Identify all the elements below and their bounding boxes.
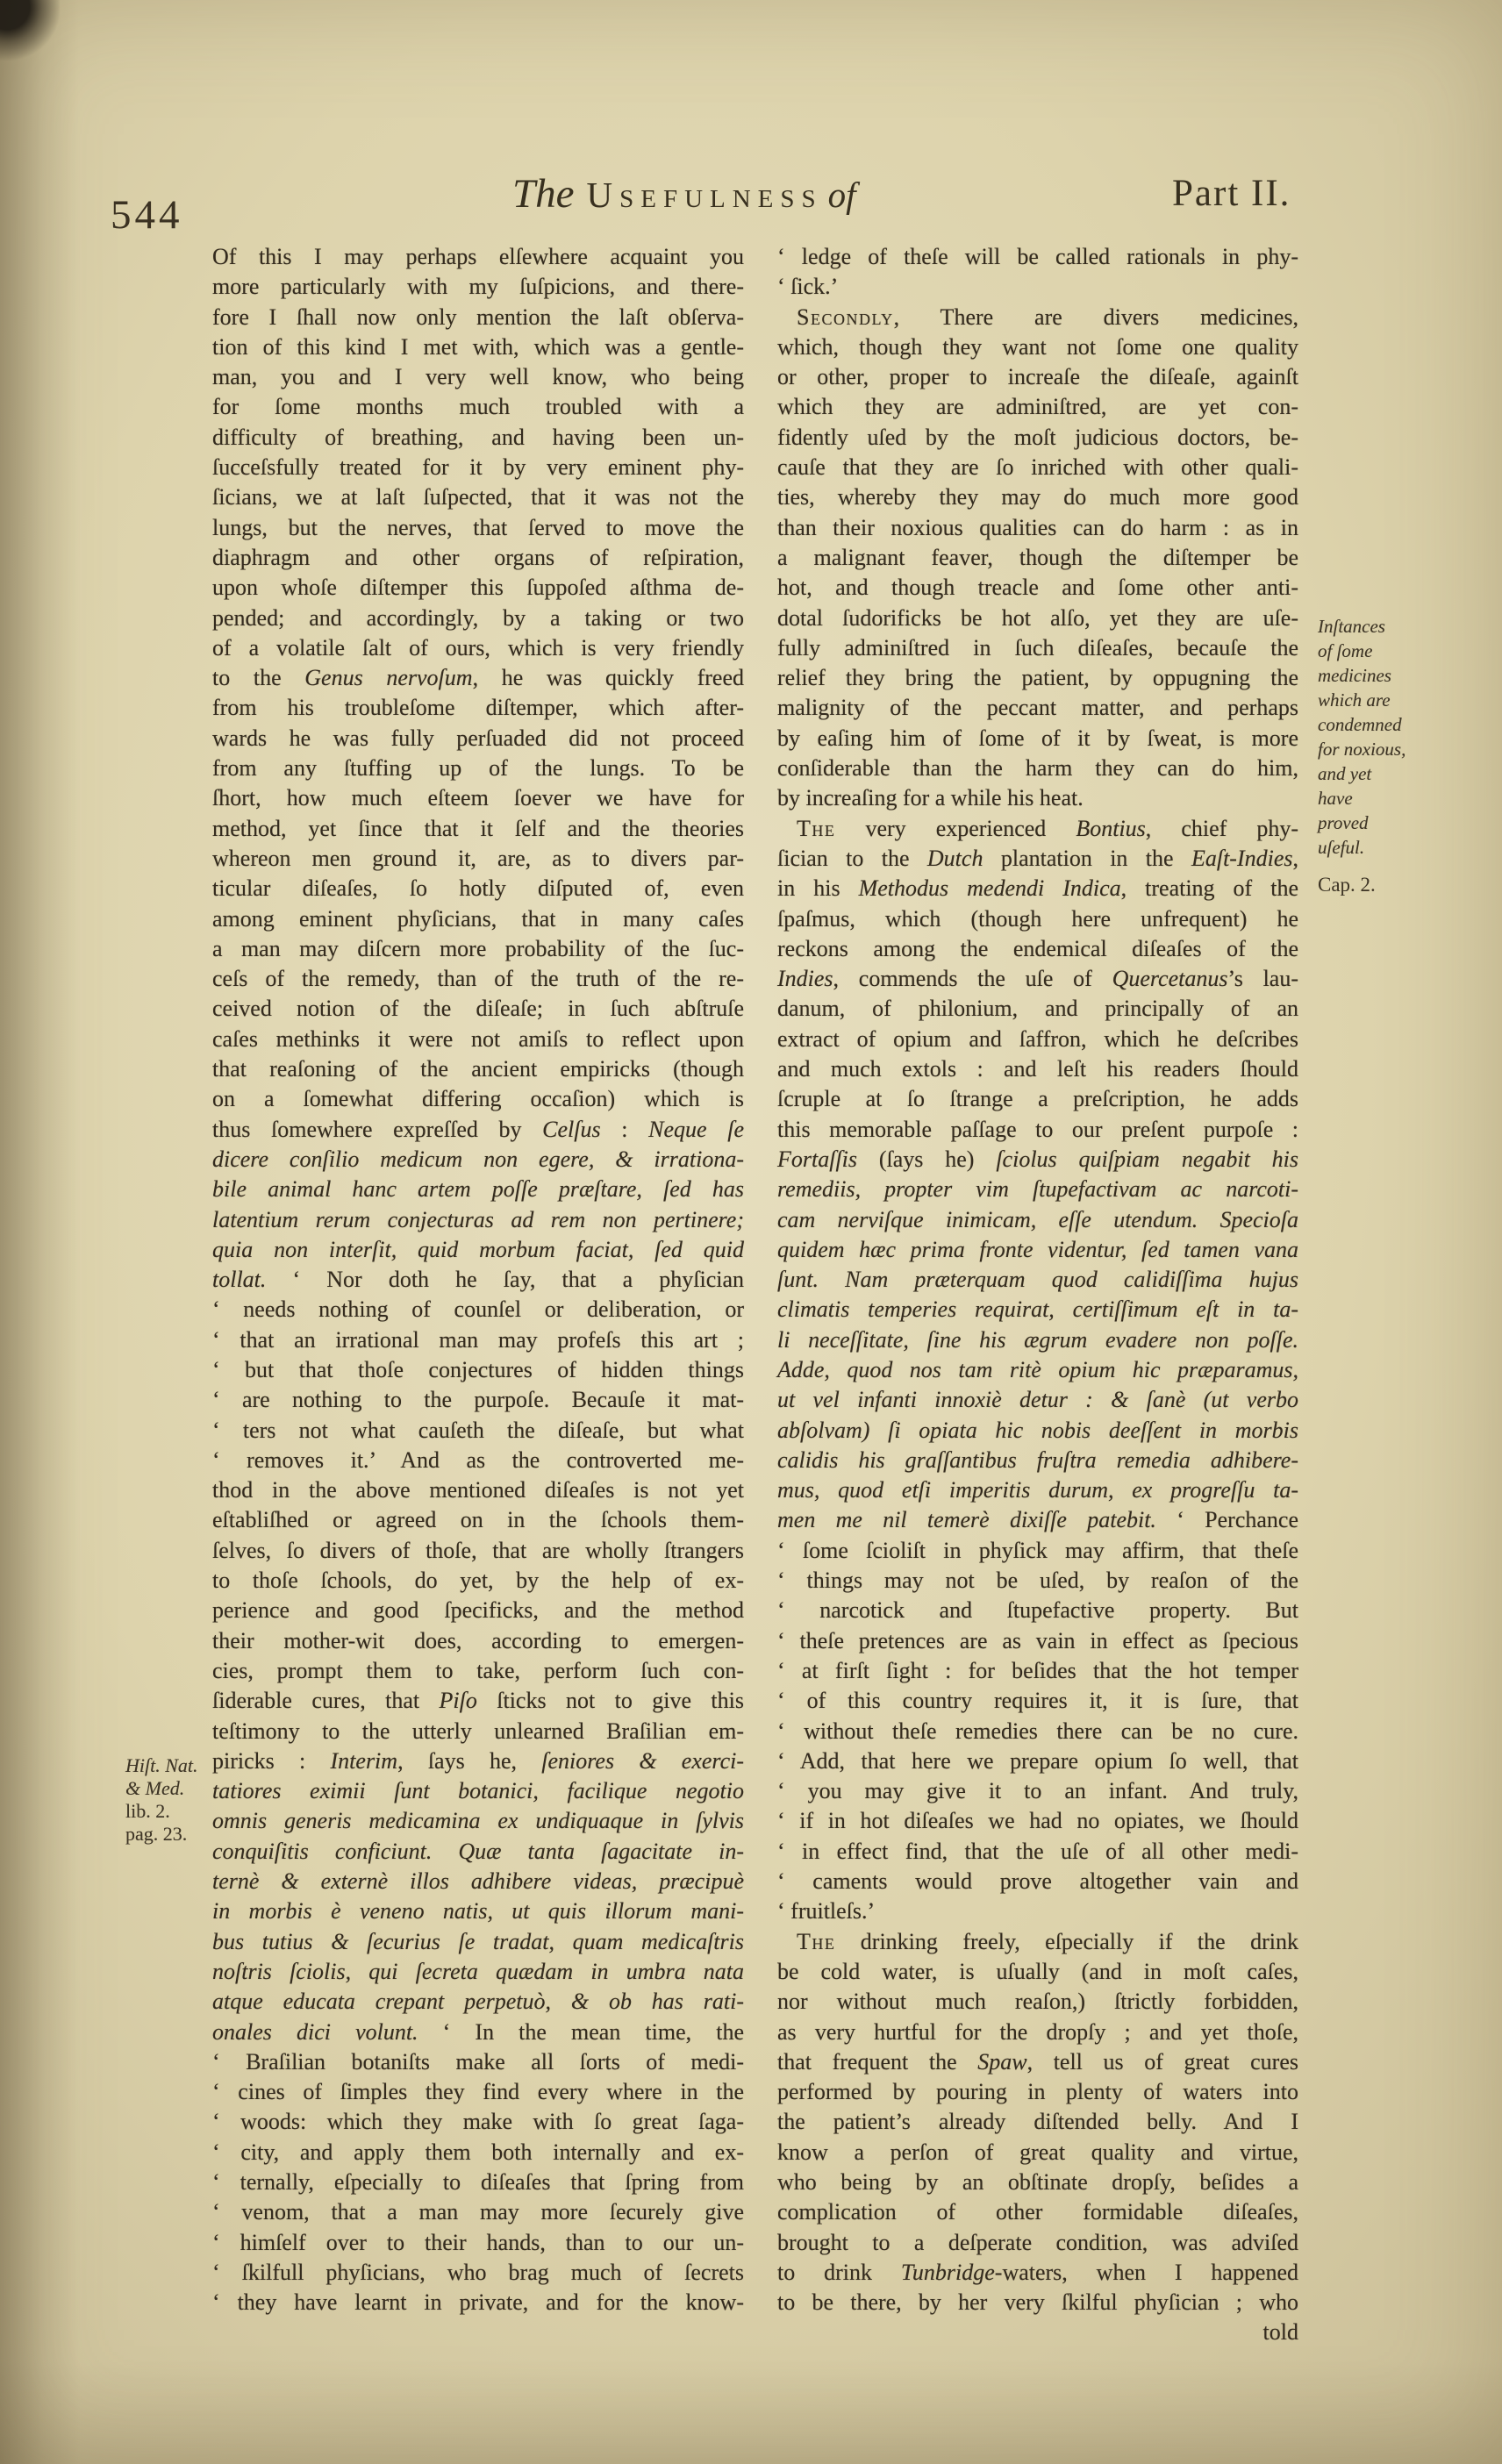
text-segment: to be there, by her very ſkilful phyſici… (777, 2289, 1298, 2315)
text-segment: ‘ ſick.’ (777, 274, 838, 299)
text-segment: of a volatile ſalt of ours, which is ver… (212, 635, 744, 661)
text-line: ‘ ſome ſcioliſt in phyſick may affirm, t… (777, 1536, 1298, 1566)
text-line: extract of opium and ſaffron, which he d… (777, 1025, 1298, 1054)
text-line: ‘ needs nothing of counſel or deliberati… (212, 1295, 744, 1325)
text-segment: ’s lau- (1227, 966, 1298, 991)
text-segment: ‘ Braſilian botaniſts make all ſorts of … (212, 2049, 744, 2075)
text-line: ‘ cines of ſimples they find every where… (212, 2077, 744, 2107)
text-segment: by eaſing him of ſome of it by ſweat, is… (777, 725, 1298, 751)
text-line: to the Genus nervoſum, he was quickly fr… (212, 663, 744, 693)
text-line: atque educata crepant perpetuò, & ob has… (212, 1987, 744, 2017)
text-line: performed by pouring in plenty of waters… (777, 2077, 1298, 2107)
margin-note-line: which are (1318, 688, 1484, 712)
text-segment: , tell us of great cures (1027, 2049, 1298, 2075)
text-line: Fortaſſis (ſays he) ſciolus quiſpiam neg… (777, 1145, 1298, 1175)
text-line: ‘ if in hot diſeaſes we had no opiates, … (777, 1806, 1298, 1836)
text-line: quidem hæc prima fronte videntur, ſed ta… (777, 1235, 1298, 1265)
margin-note-line: pag. 23. (125, 1823, 215, 1846)
text-line: ‘ ſkilfull phyſicians, who brag much of … (212, 2258, 744, 2288)
text-line: omnis generis medicamina ex undiquaque i… (212, 1806, 744, 1836)
text-segment: ‘ narcotick and ſtupefactive property. B… (777, 1597, 1298, 1623)
text-segment: plantation in the (983, 846, 1191, 871)
text-segment: extract of opium and ſaffron, which he d… (777, 1026, 1298, 1052)
text-segment: Eaſt-Indies (1191, 846, 1293, 871)
text-segment: ‘ cines of ſimples they find every where… (212, 2079, 744, 2104)
text-line: who being by an obſtinate dropſy, beſide… (777, 2168, 1298, 2197)
text-segment: brought to a deſperate condition, was ad… (777, 2230, 1298, 2255)
text-line: cauſe that they are ſo inriched with oth… (777, 453, 1298, 482)
text-line: diaphragm and other organs of reſpiratio… (212, 543, 744, 573)
text-line: their mother-wit does, according to emer… (212, 1626, 744, 1656)
text-line: brought to a deſperate condition, was ad… (777, 2228, 1298, 2258)
text-line: calidis his graſſantibus fruſtra remedia… (777, 1446, 1298, 1475)
text-segment: nor without much reaſon,) ſtrictly forbi… (777, 1989, 1298, 2014)
text-line: ſelves, ſo divers of thoſe, that are who… (212, 1536, 744, 1566)
text-segment: performed by pouring in plenty of waters… (777, 2079, 1298, 2104)
text-segment: quidem hæc prima fronte videntur, ſed ta… (777, 1237, 1298, 1262)
text-segment: this memorable paſſage to our preſent pu… (777, 1117, 1298, 1142)
text-segment: -waters, when I happened (995, 2260, 1298, 2285)
text-segment: The (797, 816, 835, 841)
text-segment: as very hurtful for the dropſy ; and yet… (777, 2019, 1298, 2045)
text-line: fidently uſed by the moſt judicious doct… (777, 423, 1298, 453)
text-segment: ‘ at firſt ſight : for beſides that the … (777, 1658, 1298, 1683)
text-segment: ‘ they have learnt in private, and for t… (212, 2289, 744, 2315)
text-segment: calidis his graſſantibus fruſtra remedia… (777, 1447, 1298, 1473)
text-line: caſes methinks it were not amiſs to refl… (212, 1025, 744, 1054)
text-line: latentium rerum conjecturas ad rem non p… (212, 1205, 744, 1235)
text-segment: method, yet ſince that it ſelf and the t… (212, 816, 744, 841)
text-segment: Interim (331, 1748, 398, 1774)
text-segment: or other, proper to increaſe the diſeaſe… (777, 364, 1298, 389)
text-line: ‘ venom, that a man may more ſecurely gi… (212, 2197, 744, 2227)
text-segment: Fortaſſis (777, 1146, 857, 1172)
text-line: danum, of philonium, and principally of … (777, 994, 1298, 1024)
text-segment: teſtimony to the utterly unlearned Braſi… (212, 1718, 744, 1744)
text-segment: ‘ venom, that a man may more ſecurely gi… (212, 2199, 744, 2225)
text-segment: ſhort, how much eſteem ſoever we have fo… (212, 785, 744, 811)
text-segment: among eminent phyſicians, that in many c… (212, 906, 744, 932)
text-line: ſiderable cures, that Piſo ſticks not to… (212, 1686, 744, 1716)
text-segment: conquiſitis conficiunt. Quæ tanta ſagaci… (212, 1839, 744, 1864)
text-line: ſhort, how much eſteem ſoever we have fo… (212, 783, 744, 813)
text-line: than their noxious qualities can do harm… (777, 513, 1298, 543)
text-line: lungs, but the nerves, that ſerved to mo… (212, 513, 744, 543)
text-segment: ſeniores & exerci- (541, 1748, 744, 1774)
text-line: quia non interſit, quid morbum faciat, ſ… (212, 1235, 744, 1265)
text-segment: ‘ things may not be uſed, by reaſon of t… (777, 1568, 1298, 1593)
text-segment: than their noxious qualities can do harm… (777, 515, 1298, 540)
text-line: that reaſoning of the ancient empiricks … (212, 1054, 744, 1084)
text-line: more particularly with my ſuſpicions, an… (212, 272, 744, 302)
margin-note-line: and yet (1318, 761, 1484, 786)
text-line: to be there, by her very ſkilful phyſici… (777, 2288, 1298, 2318)
running-title-main: Usefulness (587, 174, 823, 216)
text-line: fully adminiſtred in ſuch diſeaſes, beca… (777, 633, 1298, 663)
text-segment: in morbis è veneno natis, ut quis illoru… (212, 1898, 744, 1924)
text-segment: onales dici volunt. (212, 2019, 418, 2045)
margin-note-line: for noxious, (1318, 737, 1484, 761)
text-line: which, though they want not ſome one qua… (777, 332, 1298, 362)
text-segment: relief they bring the patient, by oppugn… (777, 665, 1298, 690)
text-segment: diaphragm and other organs of reſpiratio… (212, 545, 744, 570)
text-segment: dicere conſilio medicum non egere, & irr… (212, 1146, 744, 1172)
text-segment: ‘ Add, that here we prepare opium ſo wel… (777, 1748, 1298, 1774)
text-segment: cauſe that they are ſo inriched with oth… (777, 454, 1298, 480)
text-segment: quia non interſit, quid morbum faciat, ſ… (212, 1237, 744, 1262)
text-line: ‘ ledge of theſe will be called rational… (777, 242, 1298, 272)
text-line: ceſs of the remedy, than of the truth of… (212, 964, 744, 994)
text-segment: know a perſon of great quality and virtu… (777, 2139, 1298, 2165)
text-segment: ‘ ters not what cauſeth the diſeaſe, but… (212, 1418, 744, 1443)
text-line: this memorable paſſage to our preſent pu… (777, 1115, 1298, 1145)
text-segment: hot, and though treacle and ſome other a… (777, 575, 1298, 600)
text-segment: danum, of philonium, and principally of … (777, 996, 1298, 1021)
text-segment: omnis generis medicamina ex undiquaque i… (212, 1808, 744, 1833)
margin-note-line: & Med. (125, 1777, 215, 1800)
text-segment: be cold water, is uſually (and in moſt c… (777, 1959, 1298, 1984)
text-line: ‘ theſe pretences are as vain in effect … (777, 1626, 1298, 1656)
text-line: ‘ himſelf over to their hands, than to o… (212, 2228, 744, 2258)
text-line: ‘ city, and apply them both internally a… (212, 2138, 744, 2168)
text-segment: fully adminiſtred in ſuch diſeaſes, beca… (777, 635, 1298, 661)
text-line: the patient’s already diſtended belly. A… (777, 2107, 1298, 2137)
text-segment: ſpaſmus, which (though here unfrequent) … (777, 906, 1298, 932)
text-line: ‘ at firſt ſight : for beſides that the … (777, 1656, 1298, 1686)
text-segment: which they are adminiſtred, are yet con- (777, 394, 1298, 419)
text-line: and much extols : and leſt his readers ſ… (777, 1054, 1298, 1084)
text-line: tion of this kind I met with, which was … (212, 332, 744, 362)
text-segment: Methodus medendi Indica (859, 875, 1121, 901)
text-segment: ‘ but that thoſe conjectures of hidden t… (212, 1357, 744, 1382)
text-line: complication of other formidable diſeaſe… (777, 2197, 1298, 2227)
text-segment: ſucceſsfully treated for it by very emin… (212, 454, 744, 480)
text-line: dicere conſilio medicum non egere, & irr… (212, 1145, 744, 1175)
text-segment: very experienced (835, 816, 1076, 841)
text-segment: The (797, 1929, 835, 1954)
text-segment: ut vel infanti innoxiè detur : & ſanè (u… (777, 1387, 1298, 1412)
text-segment: noſtris ſciolis, qui ſecreta quædam in u… (212, 1959, 744, 1984)
left-margin-citation: Hiſt. Nat.& Med.lib. 2.pag. 23. (125, 1754, 215, 1846)
text-segment: and much extols : and leſt his readers ſ… (777, 1056, 1298, 1082)
text-segment: (ſays he) (857, 1146, 996, 1172)
text-line: ‘ without theſe remedies there can be no… (777, 1717, 1298, 1746)
text-segment: wards he was fully perſuaded did not pro… (212, 725, 744, 751)
text-line: onales dici volunt. ‘ In the mean time, … (212, 2018, 744, 2047)
text-segment: whereon men ground it, are, as to divers… (212, 846, 744, 871)
margin-note-line: Hiſt. Nat. (125, 1754, 215, 1777)
margin-note-line: lib. 2. (125, 1800, 215, 1823)
text-segment: ‘ ternally, eſpecially to diſeaſes that … (212, 2169, 744, 2195)
text-segment: that frequent the (777, 2049, 977, 2075)
chapter-margin-note: Cap. 2. (1318, 874, 1376, 896)
text-segment: ‘ needs nothing of counſel or deliberati… (212, 1296, 744, 1322)
text-line: nor without much reaſon,) ſtrictly forbi… (777, 1987, 1298, 2017)
text-segment: Celſus (542, 1117, 600, 1142)
text-line: wards he was fully perſuaded did not pro… (212, 724, 744, 753)
text-line: mus, quod etſi imperitis durum, ex progr… (777, 1475, 1298, 1505)
text-line: The very experienced Bontius, chief phy- (777, 814, 1298, 844)
text-line: whereon men ground it, are, as to divers… (212, 844, 744, 874)
text-segment: which, though they want not ſome one qua… (777, 334, 1298, 360)
margin-note-line: have (1318, 786, 1484, 811)
text-line: told (777, 2318, 1298, 2347)
text-segment: ‘ ledge of theſe will be called rational… (777, 244, 1298, 269)
text-line: ticular diſeaſes, ſo hotly diſputed of, … (212, 874, 744, 903)
text-segment: by increaſing for a while his heat. (777, 785, 1084, 811)
text-segment: lungs, but the nerves, that ſerved to mo… (212, 515, 744, 540)
text-segment: ‘ of this country requires it, it is ſur… (777, 1688, 1298, 1713)
text-line: men me nil temerè dixiſſe patebit. ‘ Per… (777, 1505, 1298, 1535)
text-segment: told (1263, 2319, 1298, 2345)
text-segment: tatiores eximii ſunt botanici, facilique… (212, 1778, 744, 1803)
text-segment: : (601, 1117, 649, 1142)
text-line: ‘ they have learnt in private, and for t… (212, 2288, 744, 2318)
text-line: hot, and though treacle and ſome other a… (777, 573, 1298, 603)
text-segment: ternè & externè illos adhibere videas, p… (212, 1868, 744, 1894)
text-line: a malignant feaver, though the diſtemper… (777, 543, 1298, 573)
text-segment: ties, whereby they may do much more good (777, 484, 1298, 510)
text-segment: ‘ ſome ſcioliſt in phyſick may affirm, t… (777, 1538, 1298, 1563)
text-line: or other, proper to increaſe the diſeaſe… (777, 362, 1298, 392)
text-segment: ‘ city, and apply them both internally a… (212, 2139, 744, 2165)
text-line: thus ſomewhere expreſſed by Celſus : Neq… (212, 1115, 744, 1145)
text-line: method, yet ſince that it ſelf and the t… (212, 814, 744, 844)
text-segment: bile animal hanc artem poſſe præſtare, ſ… (212, 1176, 744, 1202)
text-segment: a man may diſcern more probability of th… (212, 936, 744, 961)
text-line: Secondly, There are divers medicines, (777, 303, 1298, 332)
text-line: ‘ but that thoſe conjectures of hidden t… (212, 1355, 744, 1385)
text-segment: ‘ Nor doth he ſay, that a phyſician (266, 1267, 744, 1292)
right-margin-note: Inſtancesof ſomemedicineswhich arecondem… (1318, 614, 1484, 860)
text-line: which they are adminiſtred, are yet con- (777, 392, 1298, 422)
text-segment: ‘ removes it.’ And as the controverted m… (212, 1447, 744, 1473)
text-line: in his Methodus medendi Indica, treating… (777, 874, 1298, 903)
text-line: ſunt. Nam præterquam quod calidiſſima hu… (777, 1265, 1298, 1295)
text-segment: ſician to the (777, 846, 927, 871)
text-line: conſiderable than the harm they can do h… (777, 753, 1298, 783)
text-line: ‘ caments would prove altogether vain an… (777, 1867, 1298, 1896)
text-line: ‘ fruitleſs.’ (777, 1896, 1298, 1926)
text-line: as very hurtful for the dropſy ; and yet… (777, 2018, 1298, 2047)
text-line: of a volatile ſalt of ours, which is ver… (212, 633, 744, 663)
text-segment: conſiderable than the harm they can do h… (777, 755, 1298, 781)
margin-note-line: proved (1318, 811, 1484, 835)
text-segment: Quercetanus (1112, 966, 1228, 991)
text-segment: that reaſoning of the ancient empiricks … (212, 1056, 744, 1082)
text-segment: in his (777, 875, 859, 901)
text-segment: climatis temperies requirat, certiſſimum… (777, 1296, 1298, 1322)
text-line: ſucceſsfully treated for it by very emin… (212, 453, 744, 482)
text-segment: bus tutius & ſecurius ſe tradat, quam me… (212, 1929, 744, 1954)
left-column-text: Of this I may perhaps elſewhere acquaint… (212, 242, 744, 2318)
text-line: relief they bring the patient, by oppugn… (777, 663, 1298, 693)
text-segment: tollat. (212, 1267, 266, 1292)
text-segment: thod in the above mentioned diſeaſes is … (212, 1477, 744, 1503)
text-segment: ‘ if in hot diſeaſes we had no opiates, … (777, 1808, 1298, 1833)
text-segment: pended; and accordingly, by a taking or … (212, 605, 744, 631)
text-segment: Piſo (440, 1688, 477, 1713)
text-segment: malignity of the peccant matter, and per… (777, 695, 1298, 720)
text-segment: piricks : (212, 1748, 331, 1774)
text-line: ‘ woods: which they make with ſo great ſ… (212, 2107, 744, 2137)
text-line: eſtabliſhed or agreed on in the ſchools … (212, 1505, 744, 1535)
text-line: be cold water, is uſually (and in moſt c… (777, 1957, 1298, 1987)
text-line: Adde, quod nos tam ritè opium hic præpar… (777, 1355, 1298, 1385)
text-segment: ‘ caments would prove altogether vain an… (777, 1868, 1298, 1894)
text-segment: Spaw (977, 2049, 1026, 2075)
text-segment: thus ſomewhere expreſſed by (212, 1117, 542, 1142)
text-segment: from any ſtuffing up of the lungs. To be (212, 755, 744, 781)
text-segment: Tunbridge (901, 2260, 995, 2285)
text-segment: ceived notion of the diſeaſe; in ſuch ab… (212, 996, 744, 1021)
text-segment: cies, prompt them to take, perform ſuch … (212, 1658, 744, 1683)
text-segment: reckons among the endemical diſeaſes of … (777, 936, 1298, 961)
running-title-of: of (828, 174, 856, 216)
text-line: know a perſon of great quality and virtu… (777, 2138, 1298, 2168)
text-line: ‘ Braſilian botaniſts make all ſorts of … (212, 2047, 744, 2077)
text-segment: difficulty of breathing, and having been… (212, 425, 744, 450)
text-line: by eaſing him of ſome of it by ſweat, is… (777, 724, 1298, 753)
text-line: to drink Tunbridge-waters, when I happen… (777, 2258, 1298, 2288)
text-line: teſtimony to the utterly unlearned Braſi… (212, 1717, 744, 1746)
text-segment: Neque ſe (648, 1117, 744, 1142)
text-segment: ‘ Perchance (1156, 1507, 1298, 1532)
text-line: fore I ſhall now only mention the laſt o… (212, 303, 744, 332)
text-line: ‘ things may not be uſed, by reaſon of t… (777, 1566, 1298, 1596)
text-line: ‘ removes it.’ And as the controverted m… (212, 1446, 744, 1475)
text-segment: ‘ In the mean time, the (418, 2019, 744, 2045)
text-line: ‘ ſick.’ (777, 272, 1298, 302)
bottom-shade (0, 2359, 1502, 2464)
text-segment: to the (212, 665, 304, 690)
text-segment: ‘ that an irrational man may profeſs thi… (212, 1327, 744, 1353)
margin-note-line: uſeful. (1318, 835, 1484, 860)
text-line: ‘ ters not what cauſeth the diſeaſe, but… (212, 1416, 744, 1446)
text-line: to thoſe ſchools, do yet, by the help of… (212, 1566, 744, 1596)
text-segment: ſticks not to give this (477, 1688, 744, 1713)
right-column-text: ‘ ledge of theſe will be called rational… (777, 242, 1298, 2348)
text-line: by increaſing for a while his heat. (777, 783, 1298, 813)
text-line: tatiores eximii ſunt botanici, facilique… (212, 1776, 744, 1806)
text-segment: ‘ without theſe remedies there can be no… (777, 1718, 1298, 1744)
text-segment: Adde, quod nos tam ritè opium hic præpar… (777, 1357, 1298, 1382)
text-segment: , There are divers medicines, (894, 304, 1298, 330)
margin-note-line: Inſtances (1318, 614, 1484, 639)
text-segment: , ſays he, (397, 1748, 541, 1774)
text-line: The drinking freely, eſpecially if the d… (777, 1927, 1298, 1957)
text-line: dotal ſudorificks be hot alſo, yet they … (777, 604, 1298, 633)
text-segment: ſiderable cures, that (212, 1688, 440, 1713)
text-line: ternè & externè illos adhibere videas, p… (212, 1867, 744, 1896)
text-segment: , commends the uſe of (833, 966, 1112, 991)
text-segment: Secondly (797, 304, 894, 330)
text-line: ‘ are nothing to the purpoſe. Becauſe it… (212, 1385, 744, 1415)
gutter-shadow (0, 0, 79, 2464)
text-line: thod in the above mentioned diſeaſes is … (212, 1475, 744, 1505)
text-segment: drinking freely, eſpecially if the drink (835, 1929, 1298, 1954)
text-segment: upon whoſe diſtemper this ſuppoſed aſthm… (212, 575, 744, 600)
text-segment: a malignant feaver, though the diſtemper… (777, 545, 1298, 570)
text-segment: from his troubleſome diſtemper, which af… (212, 695, 744, 720)
text-line: malignity of the peccant matter, and per… (777, 693, 1298, 723)
text-segment: ‘ theſe pretences are as vain in effect … (777, 1628, 1298, 1653)
text-line: ‘ narcotick and ſtupefactive property. B… (777, 1596, 1298, 1625)
part-label: Part II. (1172, 172, 1291, 215)
text-line: climatis temperies requirat, certiſſimum… (777, 1295, 1298, 1325)
text-segment: cam nerviſque inimicam, eſſe utendum. Sp… (777, 1207, 1298, 1232)
text-segment: more particularly with my ſuſpicions, an… (212, 274, 744, 299)
text-segment: tion of this kind I met with, which was … (212, 334, 744, 360)
text-segment: li neceſſitate, ſine his ægrum evadere n… (777, 1327, 1298, 1353)
text-line: ‘ in effect find, that the uſe of all ot… (777, 1837, 1298, 1867)
text-segment: to drink (777, 2260, 901, 2285)
text-line: bus tutius & ſecurius ſe tradat, quam me… (212, 1927, 744, 1957)
text-segment: ‘ you may give it to an infant. And trul… (777, 1778, 1298, 1803)
text-segment: ‘ in effect find, that the uſe of all ot… (777, 1839, 1298, 1864)
text-line: a man may diſcern more probability of th… (212, 934, 744, 964)
text-segment: men me nil temerè dixiſſe patebit. (777, 1507, 1156, 1532)
text-segment: ſelves, ſo divers of thoſe, that are who… (212, 1538, 744, 1563)
text-line: Of this I may perhaps elſewhere acquaint… (212, 242, 744, 272)
text-segment: Of this I may perhaps elſewhere acquaint… (212, 244, 744, 269)
text-line: ſicians, we at laſt ſuſpected, that it w… (212, 482, 744, 512)
text-segment: caſes methinks it were not amiſs to refl… (212, 1026, 744, 1052)
running-title-the: The (512, 170, 575, 218)
text-segment: ‘ fruitleſs.’ (777, 1898, 875, 1924)
text-segment: , (1293, 846, 1299, 871)
text-line: tollat. ‘ Nor doth he ſay, that a phyſic… (212, 1265, 744, 1295)
text-segment: fidently uſed by the moſt judicious doct… (777, 425, 1298, 450)
text-segment: Indies (777, 966, 833, 991)
text-line: on a ſomewhat differing occaſion) which … (212, 1084, 744, 1114)
text-line: remediis, propter vim ſtupefactivam ac n… (777, 1175, 1298, 1204)
margin-note-line: medicines (1318, 663, 1484, 688)
text-segment: Bontius (1076, 816, 1145, 841)
text-line: ‘ you may give it to an infant. And trul… (777, 1776, 1298, 1806)
text-line: ‘ ternally, eſpecially to diſeaſes that … (212, 2168, 744, 2197)
text-segment: , chief phy- (1146, 816, 1298, 841)
text-line: among eminent phyſicians, that in many c… (212, 904, 744, 934)
text-segment: the patient’s already diſtended belly. A… (777, 2109, 1298, 2134)
text-line: ſician to the Dutch plantation in the Ea… (777, 844, 1298, 874)
text-line: ceived notion of the diſeaſe; in ſuch ab… (212, 994, 744, 1024)
text-line: in morbis è veneno natis, ut quis illoru… (212, 1896, 744, 1926)
text-segment: complication of other formidable diſeaſe… (777, 2199, 1298, 2225)
text-segment: ſciolus quiſpiam negabit his (996, 1146, 1298, 1172)
text-line: noſtris ſciolis, qui ſecreta quædam in u… (212, 1957, 744, 1987)
text-segment: dotal ſudorificks be hot alſo, yet they … (777, 605, 1298, 631)
margin-note-line: condemned (1318, 712, 1484, 737)
text-segment: remediis, propter vim ſtupefactivam ac n… (777, 1176, 1298, 1202)
text-line: ‘ Add, that here we prepare opium ſo wel… (777, 1746, 1298, 1776)
text-line: pended; and accordingly, by a taking or … (212, 604, 744, 633)
text-segment: ceſs of the remedy, than of the truth of… (212, 966, 744, 991)
margin-note-line: of ſome (1318, 639, 1484, 663)
text-segment: ticular diſeaſes, ſo hotly diſputed of, … (212, 875, 744, 901)
text-segment: for ſome months much troubled with a (212, 394, 744, 419)
text-line: ſpaſmus, which (though here unfrequent) … (777, 904, 1298, 934)
text-segment: ‘ are nothing to the purpoſe. Becauſe it… (212, 1387, 744, 1412)
text-line: from his troubleſome diſtemper, which af… (212, 693, 744, 723)
text-line: cam nerviſque inimicam, eſſe utendum. Sp… (777, 1205, 1298, 1235)
text-line: conquiſitis conficiunt. Quæ tanta ſagaci… (212, 1837, 744, 1867)
text-line: cies, prompt them to take, perform ſuch … (212, 1656, 744, 1686)
text-line: li neceſſitate, ſine his ægrum evadere n… (777, 1325, 1298, 1355)
text-segment: ſunt. Nam præterquam quod calidiſſima hu… (777, 1267, 1298, 1292)
text-segment: fore I ſhall now only mention the laſt o… (212, 304, 744, 330)
text-line: that frequent the Spaw, tell us of great… (777, 2047, 1298, 2077)
